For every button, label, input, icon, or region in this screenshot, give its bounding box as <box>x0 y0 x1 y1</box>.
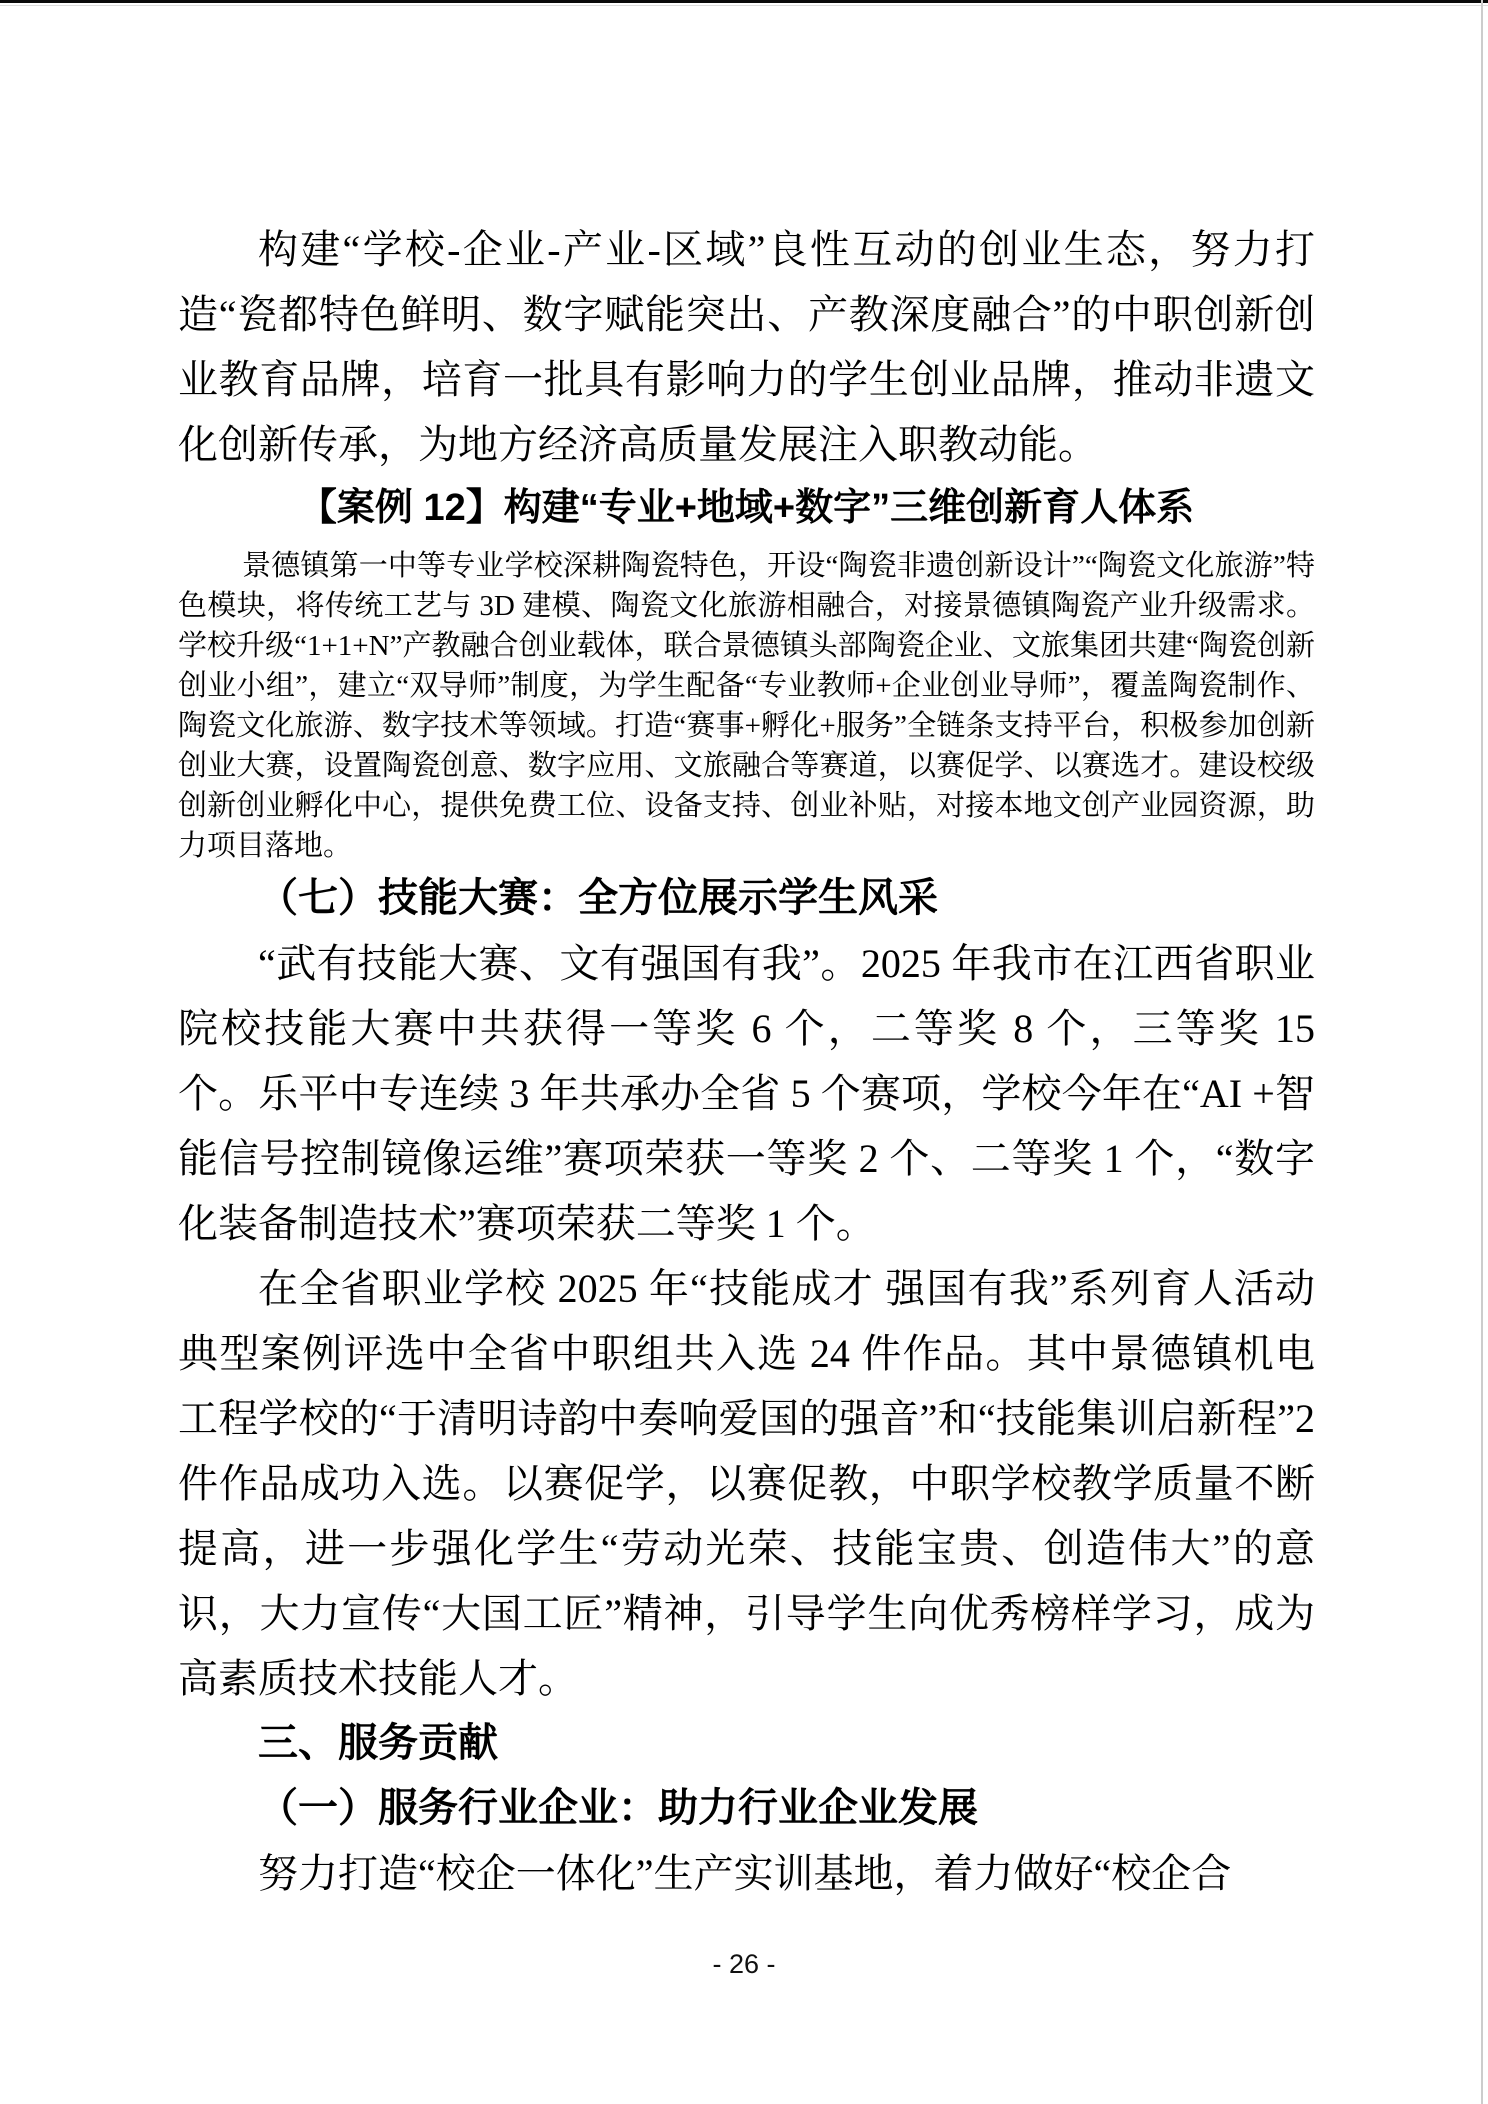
intro-paragraph: 构建“学校-企业-产业-区域”良性互动的创业生态，努力打造“瓷都特色鲜明、数字赋… <box>178 217 1315 477</box>
paragraph-talent-cases: 在全省职业学校 2025 年“技能成才 强国有我”系列育人活动典型案例评选中全省… <box>178 1256 1315 1711</box>
subsection-heading-service-industry: （一）服务行业企业：助力行业企业发展 <box>178 1776 1315 1841</box>
document-page: 构建“学校-企业-产业-区域”良性互动的创业生态，努力打造“瓷都特色鲜明、数字赋… <box>0 0 1488 2104</box>
page-number: - 26 - <box>0 1948 1488 1980</box>
page-top-edge-bar <box>0 0 1488 3</box>
page-right-edge-line <box>1481 0 1483 2104</box>
case-study-body: 景德镇第一中等专业学校深耕陶瓷特色，开设“陶瓷非遗创新设计”“陶瓷文化旅游”特色… <box>178 546 1315 866</box>
paragraph-service-intro: 努力打造“校企一体化”生产实训基地，着力做好“校企合 <box>178 1841 1315 1906</box>
page-top-hairline <box>0 5 1488 6</box>
case-study-title: 【案例 12】构建“专业+地域+数字”三维创新育人体系 <box>178 477 1315 540</box>
document-content: 构建“学校-企业-产业-区域”良性互动的创业生态，努力打造“瓷都特色鲜明、数字赋… <box>178 217 1315 1906</box>
section-heading-skills-competition: （七）技能大赛：全方位展示学生风采 <box>178 866 1315 931</box>
paragraph-skills-awards: “武有技能大赛、文有强国有我”。2025 年我市在江西省职业院校技能大赛中共获得… <box>178 931 1315 1256</box>
section-heading-service-contribution: 三、服务贡献 <box>178 1711 1315 1776</box>
